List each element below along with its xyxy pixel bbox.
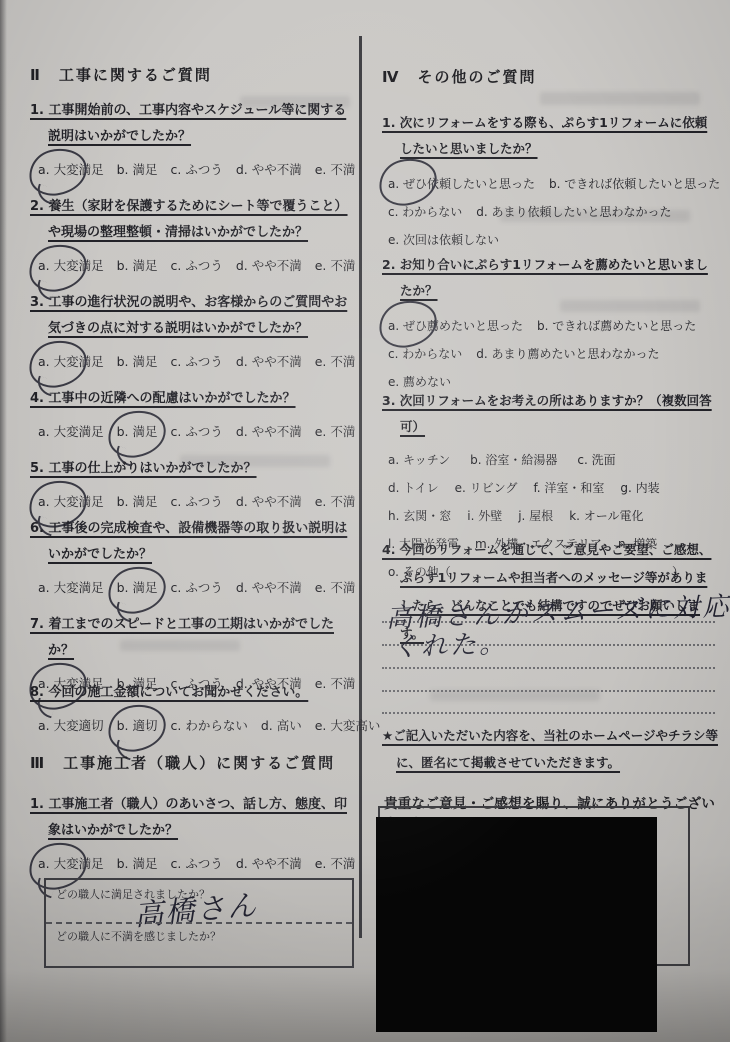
options-line: c. わからない d. あまり薦めたいと思わなかった	[382, 340, 718, 368]
option-e: e. 大変高い	[315, 716, 381, 734]
question-heading: 5. 工事の仕上がりはいかがでしたか？	[30, 456, 356, 482]
option-d: d. やや不満	[236, 422, 302, 440]
option-a-selected: a. 大変満足	[38, 352, 104, 370]
option-bath: b. 浴室・給湯器	[470, 446, 557, 474]
option-e: e. 不満	[315, 422, 356, 440]
option-e: e. 不満	[315, 352, 356, 370]
option-d: d. 高い	[261, 716, 302, 734]
option-a: a. 大変満足	[38, 422, 104, 440]
dissatisfied-craftsman-prompt: どの職人に不満を感じましたか？	[56, 928, 221, 944]
option-c: c. ふつう	[171, 352, 223, 370]
question-s4-2: 2. お知り合いにぷらす1リフォームを薦めたいと思いましたか？ a. ぜひ薦めた…	[382, 252, 718, 396]
options-line: a. キッチン b. 浴室・給湯器 c. 洗面	[382, 446, 718, 474]
option-a: a. 大変適切	[38, 716, 104, 734]
options-line: c. わからない d. あまり依頼したいと思わなかった	[382, 198, 718, 226]
answer-line	[382, 690, 715, 692]
option-a-selected: a. 大変満足	[38, 854, 104, 872]
option-c: c. ふつう	[171, 422, 223, 440]
option-interior: g. 内装	[620, 474, 659, 502]
option-b: b. 満足	[117, 352, 158, 370]
option-c: c. ふつう	[171, 256, 223, 274]
options-row: a. 大変適切 b. 適切 c. わからない d. 高い e. 大変高い	[30, 716, 356, 734]
question-s2-2: 2. 養生（家財を保護するためにシート等で覆うこと）や現場の整理整頓・清掃はいか…	[30, 194, 356, 274]
option-washroom: c. 洗面	[577, 446, 615, 474]
option-d: d. やや不満	[236, 492, 302, 510]
option-c: c. わからない	[388, 340, 462, 368]
question-s2-3: 3. 工事の進行状況の説明や、お客様からのご質問やお気づきの点に対する説明はいか…	[30, 290, 356, 370]
option-c: c. ふつう	[171, 160, 223, 178]
handwritten-comment-line2: くれた。	[391, 628, 508, 665]
option-d: d. やや不満	[236, 352, 302, 370]
question-heading: 4. 工事中の近隣への配慮はいかがでしたか？	[30, 386, 356, 412]
section2-title: Ⅱ 工事に関するご質問	[30, 64, 212, 85]
option-b: b. 満足	[117, 854, 158, 872]
question-heading: 6. 工事後の完成検査や、設備機器等の取り扱い説明はいかがでしたか？	[30, 516, 356, 568]
options-row: a. 大変満足 b. 満足 c. ふつう d. やや不満 e. 不満	[30, 492, 356, 510]
option-e: e. 不満	[315, 854, 356, 872]
answer-line	[382, 667, 715, 669]
option-b: b. できれば依頼したいと思った	[549, 170, 720, 198]
question-heading: 1. 工事施工者（職人）のあいさつ、話し方、態度、印象はいかがでしたか？	[30, 792, 356, 844]
options-block: a. ぜひ薦めたいと思った b. できれば薦めたいと思った c. わからない d…	[382, 312, 718, 396]
options-row: a. 大変満足 b. 満足 c. ふつう d. やや不満 e. 不満	[30, 854, 356, 872]
question-s3-1: 1. 工事施工者（職人）のあいさつ、話し方、態度、印象はいかがでしたか？ a. …	[30, 792, 356, 872]
photo-edge-shadow	[0, 0, 7, 1042]
option-e: e. 次回は依頼しない	[388, 226, 499, 254]
options-row: a. 大変満足 b. 満足 c. ふつう d. やや不満 e. 不満	[30, 256, 356, 274]
options-line: h. 玄関・窓 i. 外壁 j. 屋根 k. オール電化	[382, 502, 718, 530]
option-e: e. 不満	[315, 256, 356, 274]
option-b: b. できれば薦めたいと思った	[537, 312, 696, 340]
section4-title: Ⅳ その他のご質問	[382, 66, 536, 87]
option-d: d. あまり依頼したいと思わなかった	[476, 198, 671, 226]
option-a-selected: a. 大変満足	[38, 492, 104, 510]
option-entrance: h. 玄関・窓	[388, 502, 451, 530]
options-row: a. 大変満足 b. 満足 c. ふつう d. やや不満 e. 不満	[30, 352, 356, 370]
options-line: a. ぜひ依頼したいと思った b. できれば依頼したいと思った	[382, 170, 718, 198]
option-b: b. 満足	[117, 160, 158, 178]
option-b: b. 満足	[117, 492, 158, 510]
options-line: d. トイレ e. リビング f. 洋室・和室 g. 内装	[382, 474, 718, 502]
questionnaire-paper: Ⅱ 工事に関するご質問 1. 工事開始前の、工事内容やスケジュール等に関する説明…	[0, 0, 730, 1042]
option-c: c. ふつう	[171, 492, 223, 510]
options-block: a. ぜひ依頼したいと思った b. できれば依頼したいと思った c. わからない…	[382, 170, 718, 254]
question-heading: 1. 次にリフォームをする際も、ぷらす1リフォームに依頼したいと思いましたか？	[382, 110, 718, 162]
option-c: c. わからない	[388, 198, 462, 226]
option-d: d. やや不満	[236, 578, 302, 596]
option-a-selected: a. ぜひ依頼したいと思った	[388, 170, 535, 198]
option-living: e. リビング	[455, 474, 518, 502]
option-roof: j. 屋根	[518, 502, 553, 530]
question-s2-6: 6. 工事後の完成検査や、設備機器等の取り扱い説明はいかがでしたか？ a. 大変…	[30, 516, 356, 596]
question-heading: 2. 養生（家財を保護するためにシート等で覆うこと）や現場の整理整頓・清掃はいか…	[30, 194, 356, 246]
column-divider	[359, 36, 362, 938]
option-c: c. わからない	[171, 716, 248, 734]
publication-note: ★ご記入いただいた内容を、当社のホームページやチラシ等に、匿名にて掲載させていた…	[382, 722, 730, 776]
option-a-selected: a. ぜひ薦めたいと思った	[388, 312, 523, 340]
option-a-selected: a. 大変満足	[38, 160, 104, 178]
option-all-electric: k. オール電化	[569, 502, 643, 530]
question-heading: 8. 今回の施工金額についてお聞かせください。	[30, 680, 356, 706]
question-s4-1: 1. 次にリフォームをする際も、ぷらす1リフォームに依頼したいと思いましたか？ …	[382, 110, 718, 254]
option-b-selected: b. 適切	[117, 716, 158, 734]
question-s2-5: 5. 工事の仕上がりはいかがでしたか？ a. 大変満足 b. 満足 c. ふつう…	[30, 456, 356, 510]
question-s2-8: 8. 今回の施工金額についてお聞かせください。 a. 大変適切 b. 適切 c.…	[30, 680, 356, 734]
options-row: a. 大変満足 b. 満足 c. ふつう d. やや不満 e. 不満	[30, 160, 356, 178]
option-d: d. あまり薦めたいと思わなかった	[476, 340, 659, 368]
option-d: d. やや不満	[236, 160, 302, 178]
option-a: a. 大変満足	[38, 578, 104, 596]
option-wall: i. 外壁	[467, 502, 502, 530]
option-kitchen: a. キッチン	[388, 446, 450, 474]
options-row: a. 大変満足 b. 満足 c. ふつう d. やや不満 e. 不満	[30, 422, 356, 440]
question-s2-4: 4. 工事中の近隣への配慮はいかがでしたか？ a. 大変満足 b. 満足 c. …	[30, 386, 356, 440]
question-heading: 1. 工事開始前の、工事内容やスケジュール等に関する説明はいかがでしたか？	[30, 98, 356, 150]
question-heading: 3. 工事の進行状況の説明や、お客様からのご質問やお気づきの点に対する説明はいか…	[30, 290, 356, 342]
option-c: c. ふつう	[171, 854, 223, 872]
options-line: e. 次回は依頼しない	[382, 226, 718, 254]
craftsman-feedback-box: どの職人に満足されましたか？ 高橋さん どの職人に不満を感じましたか？	[44, 878, 354, 968]
option-d: d. やや不満	[236, 256, 302, 274]
option-e: e. 不満	[315, 160, 356, 178]
option-b: b. 満足	[117, 256, 158, 274]
options-row: a. 大変満足 b. 満足 c. ふつう d. やや不満 e. 不満	[30, 578, 356, 596]
option-b-selected: b. 満足	[117, 422, 158, 440]
dashed-divider	[46, 922, 352, 924]
option-rooms: f. 洋室・和室	[533, 474, 604, 502]
option-b-selected: b. 満足	[117, 578, 158, 596]
question-s2-1: 1. 工事開始前の、工事内容やスケジュール等に関する説明はいかがでしたか？ a.…	[30, 98, 356, 178]
section3-title: Ⅲ 工事施工者（職人）に関するご質問	[30, 752, 335, 773]
redaction-black-box	[376, 817, 657, 1032]
option-c: c. ふつう	[171, 578, 223, 596]
bleedthrough-ghost	[540, 92, 700, 105]
question-heading: 3. 次回リフォームをお考えの所はありますか？（複数回答可）	[382, 388, 718, 440]
question-heading: 2. お知り合いにぷらす1リフォームを薦めたいと思いましたか？	[382, 252, 718, 304]
option-a-selected: a. 大変満足	[38, 256, 104, 274]
answer-line	[382, 712, 715, 714]
question-heading: 7. 着工までのスピードと工事の工期はいかがでしたか？	[30, 612, 356, 664]
option-e: e. 不満	[315, 492, 356, 510]
option-d: d. やや不満	[236, 854, 302, 872]
options-line: a. ぜひ薦めたいと思った b. できれば薦めたいと思った	[382, 312, 718, 340]
option-e: e. 不満	[315, 578, 356, 596]
option-toilet: d. トイレ	[388, 474, 439, 502]
